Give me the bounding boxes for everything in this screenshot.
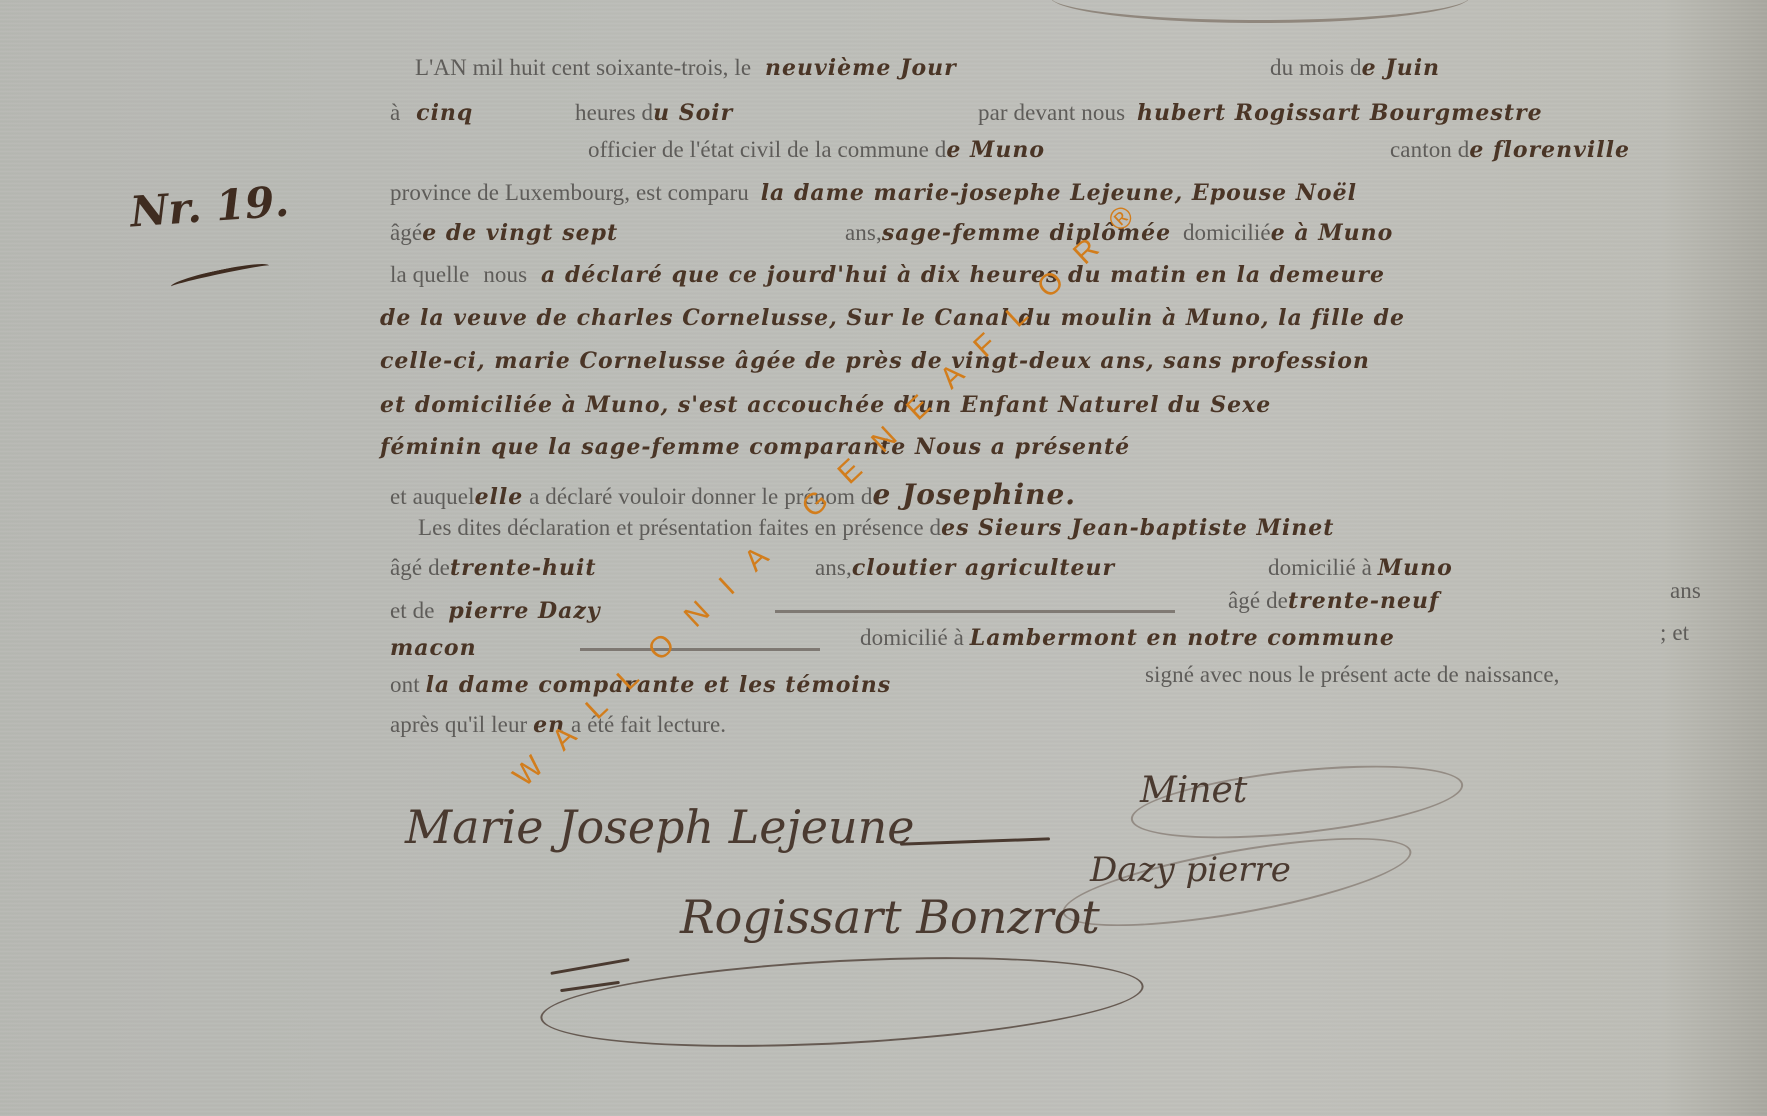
printed-text: ans bbox=[1670, 578, 1701, 603]
signature-witness-dazy: Dazy pierre bbox=[1090, 850, 1291, 890]
margin-flourish bbox=[170, 260, 270, 293]
printed-text: âgé de bbox=[390, 555, 450, 580]
handwritten-text: elle bbox=[475, 484, 524, 510]
handwritten-signatories: la dame comparante et les témoins bbox=[426, 672, 892, 698]
blank-rule bbox=[775, 610, 1175, 613]
handwritten-witness-2-profession: macon bbox=[390, 635, 477, 661]
signature-stroke bbox=[550, 958, 629, 975]
printed-text: et de bbox=[390, 598, 435, 623]
record-number: Nr. 19. bbox=[128, 177, 290, 237]
printed-text: ont bbox=[390, 672, 420, 697]
handwritten-month: e Juin bbox=[1362, 55, 1440, 81]
handwritten-text: féminin que la sage-femme comparante Nou… bbox=[380, 434, 1130, 460]
printed-text: nous bbox=[483, 262, 527, 287]
scanned-document: Nr. 19. L'AN mil huit cent soixante-troi… bbox=[0, 0, 1767, 1116]
handwritten-witness-2: pierre Dazy bbox=[448, 598, 600, 624]
line-13c: domicilié à Muno bbox=[1268, 555, 1453, 581]
handwritten-canton: e florenville bbox=[1469, 137, 1630, 163]
line-3b: canton de florenville bbox=[1390, 137, 1630, 163]
handwritten-witness-1-age: trente-huit bbox=[450, 555, 597, 581]
printed-text: L'AN mil huit cent soixante-trois, le bbox=[415, 55, 751, 80]
handwritten-age: e de vingt sept bbox=[422, 220, 618, 246]
line-4: province de Luxembourg, est comparu la d… bbox=[390, 180, 1357, 206]
handwritten-hour: cinq bbox=[416, 100, 473, 126]
handwritten-witness-1: es Sieurs Jean-baptiste Minet bbox=[941, 515, 1334, 541]
line-13: âgé detrente-huit bbox=[390, 555, 597, 581]
line-15: macon bbox=[390, 635, 477, 661]
handwritten-commune: e Muno bbox=[946, 137, 1045, 163]
printed-text: signé avec nous le présent acte de naiss… bbox=[1145, 662, 1560, 687]
printed-text: la quelle bbox=[390, 262, 469, 287]
line-1b: du mois de Juin bbox=[1270, 55, 1440, 81]
line-15c: ; et bbox=[1660, 620, 1689, 646]
handwritten-time: u Soir bbox=[653, 100, 733, 126]
signature-stroke bbox=[900, 837, 1050, 845]
line-11: et auquelelle a déclaré vouloir donner l… bbox=[390, 478, 1076, 511]
signature-officer: Rogissart Bonzrot bbox=[680, 890, 1100, 944]
printed-text: et auquel bbox=[390, 484, 475, 509]
printed-text: domicilié à bbox=[1268, 555, 1372, 580]
handwritten-witness-1-profession: cloutier agriculteur bbox=[852, 555, 1115, 581]
handwritten-text: de la veuve de charles Cornelusse, Sur l… bbox=[380, 305, 1405, 331]
line-3: officier de l'état civil de la commune d… bbox=[588, 137, 1045, 163]
printed-text: province de Luxembourg, est comparu bbox=[390, 180, 749, 205]
handwritten-declarant: la dame marie-josephe Lejeune, Epouse No… bbox=[761, 180, 1357, 206]
line-14c: ans bbox=[1670, 578, 1701, 604]
printed-text: du mois d bbox=[1270, 55, 1362, 80]
line-2: à cinq bbox=[390, 100, 473, 126]
printed-text: par devant nous bbox=[978, 100, 1125, 125]
line-2b: heures du Soir bbox=[575, 100, 733, 126]
handwritten-officer: hubert Rogissart Bourgmestre bbox=[1137, 100, 1543, 126]
handwritten-day: neuvième Jour bbox=[765, 55, 957, 81]
handwritten-text: et domiciliée à Muno, s'est accouchée d'… bbox=[380, 392, 1271, 418]
top-flourish bbox=[1050, 0, 1470, 23]
signature-flourish bbox=[538, 944, 1146, 1059]
printed-text: domicilié à bbox=[860, 625, 964, 650]
printed-text: officier de l'état civil de la commune d bbox=[588, 137, 946, 162]
printed-text: heures d bbox=[575, 100, 653, 125]
printed-text: canton d bbox=[1390, 137, 1469, 162]
handwritten-residence: e à Muno bbox=[1271, 220, 1394, 246]
signature-witness-minet: Minet bbox=[1140, 770, 1247, 811]
line-10: féminin que la sage-femme comparante Nou… bbox=[380, 434, 1130, 460]
handwritten-witness-2-age: trente-neuf bbox=[1288, 588, 1440, 614]
printed-text: ; et bbox=[1660, 620, 1689, 645]
printed-text: à bbox=[390, 100, 400, 125]
line-13b: ans,cloutier agriculteur bbox=[815, 555, 1115, 581]
line-1: L'AN mil huit cent soixante-trois, le ne… bbox=[415, 55, 957, 81]
line-6: la quelle nous a déclaré que ce jourd'hu… bbox=[390, 262, 1385, 288]
line-8: celle-ci, marie Cornelusse âgée de près … bbox=[380, 348, 1370, 374]
handwritten-declaration: a déclaré que ce jourd'hui à dix heures … bbox=[541, 262, 1385, 288]
line-14b: âgé detrente-neuf bbox=[1228, 588, 1439, 614]
line-9: et domiciliée à Muno, s'est accouchée d'… bbox=[380, 392, 1271, 418]
handwritten-forename: e Josephine. bbox=[873, 478, 1077, 511]
handwritten-witness-2-residence: Lambermont en notre commune bbox=[970, 625, 1395, 651]
printed-text: après qu'il leur bbox=[390, 712, 527, 737]
printed-text: ans, bbox=[815, 555, 852, 580]
line-14: et de pierre Dazy bbox=[390, 598, 601, 624]
line-7: de la veuve de charles Cornelusse, Sur l… bbox=[380, 305, 1405, 331]
handwritten-witness-1-residence: Muno bbox=[1378, 555, 1453, 581]
printed-text: ans, bbox=[845, 220, 882, 245]
handwritten-text: celle-ci, marie Cornelusse âgée de près … bbox=[380, 348, 1370, 374]
printed-text: âgé de bbox=[1228, 588, 1288, 613]
printed-text: domicilié bbox=[1183, 220, 1271, 245]
blank-rule bbox=[580, 648, 820, 651]
line-5: âgée de vingt sept bbox=[390, 220, 618, 246]
line-2c: par devant nous hubert Rogissart Bourgme… bbox=[978, 100, 1543, 126]
line-16b: signé avec nous le présent acte de naiss… bbox=[1145, 662, 1560, 688]
signature-declarant: Marie Joseph Lejeune bbox=[405, 800, 914, 854]
line-15b: domicilié à Lambermont en notre commune bbox=[860, 625, 1395, 651]
printed-text: Les dites déclaration et présentation fa… bbox=[418, 515, 941, 540]
printed-text: âgé bbox=[390, 220, 422, 245]
line-12: Les dites déclaration et présentation fa… bbox=[418, 515, 1334, 541]
